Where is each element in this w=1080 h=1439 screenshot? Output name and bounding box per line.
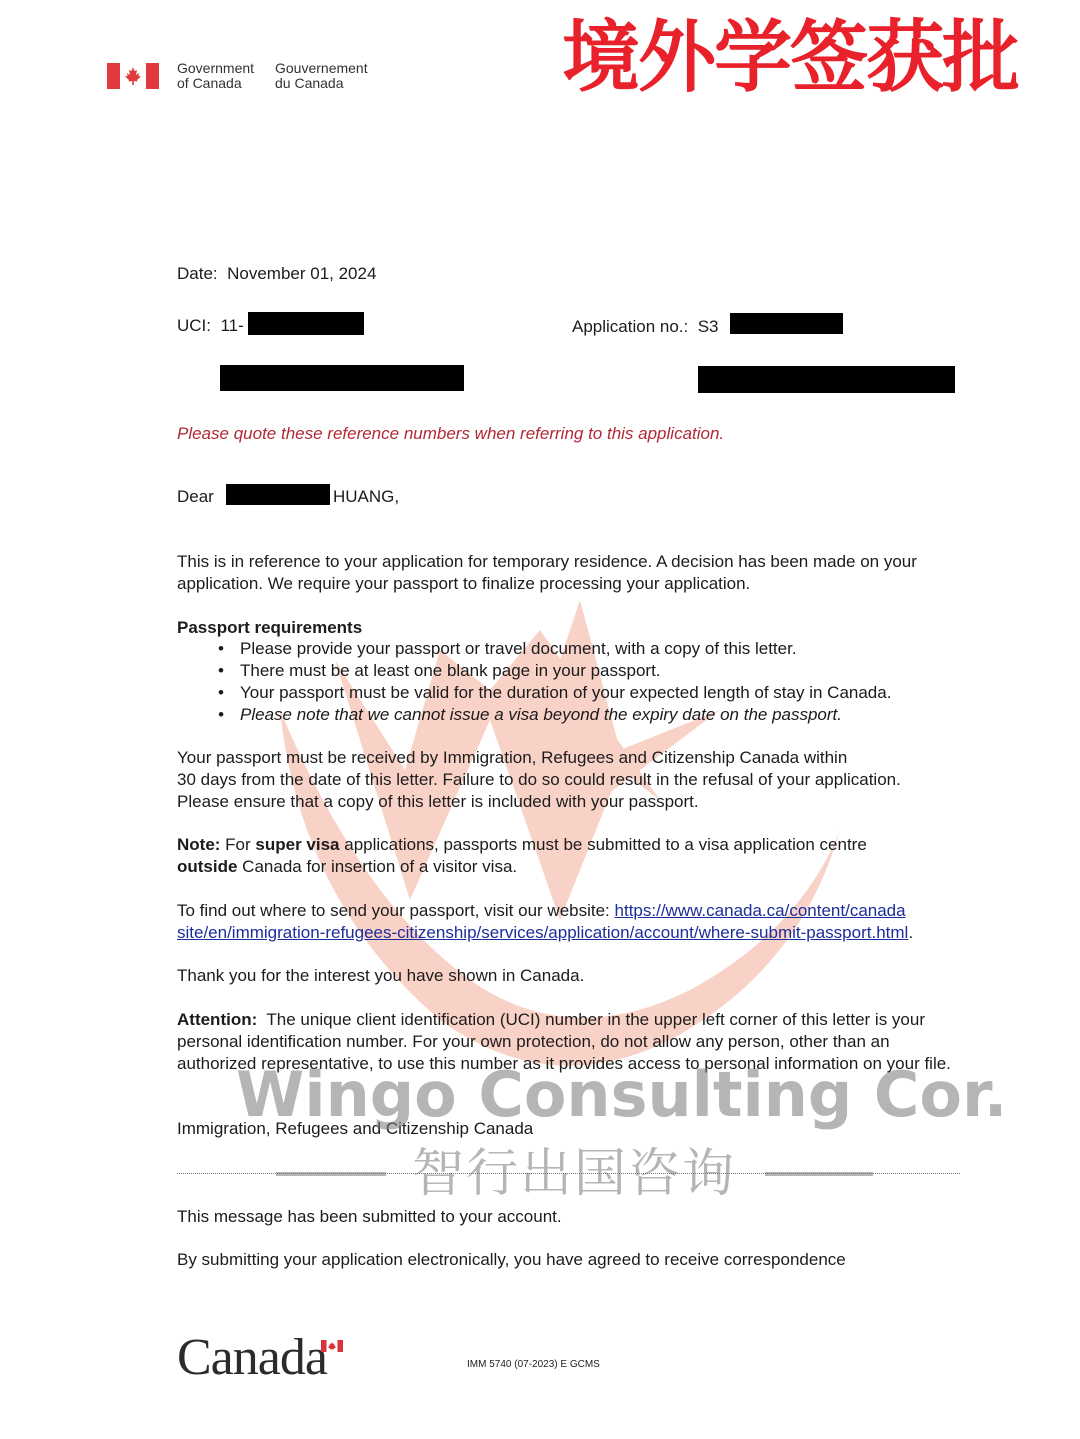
intro-paragraph: This is in reference to your application…	[177, 551, 947, 595]
deadline-line-3: Please ensure that a copy of this letter…	[177, 791, 699, 813]
government-of-canada-en: Government of Canada	[177, 61, 254, 91]
passport-submission-link[interactable]: https://www.canada.ca/content/canada	[615, 901, 906, 920]
application-number-value: S3	[698, 317, 719, 336]
uci-line: UCI: 11-	[177, 315, 244, 337]
redaction-first-name	[226, 484, 330, 505]
redaction-block-left	[220, 365, 464, 391]
government-of-canada-fr: Gouvernement du Canada	[275, 61, 368, 91]
passport-submission-link-continued[interactable]: site/en/immigration-refugees-citizenship…	[177, 923, 908, 942]
uci-value: 11-	[220, 316, 243, 335]
date-value: November 01, 2024	[227, 264, 376, 283]
super-visa-note-line-2: outside Canada for insertion of a visito…	[177, 856, 517, 878]
application-number-line: Application no.: S3	[572, 316, 719, 338]
list-item: Please note that we cannot issue a visa …	[218, 704, 891, 726]
canada-flag-icon	[107, 63, 159, 89]
salutation: Dear	[177, 486, 214, 508]
requirements-list: Please provide your passport or travel d…	[218, 638, 891, 726]
thanks-line: Thank you for the interest you have show…	[177, 965, 584, 987]
signature: Immigration, Refugees and Citizenship Ca…	[177, 1118, 533, 1140]
redaction-application-number	[730, 313, 843, 334]
submitted-note: This message has been submitted to your …	[177, 1206, 562, 1228]
website-line-1: To find out where to send your passport,…	[177, 900, 906, 922]
date-line: Date: November 01, 2024	[177, 263, 376, 285]
requirements-heading: Passport requirements	[177, 617, 362, 639]
super-visa-note-line-1: Note: For super visa applications, passp…	[177, 834, 867, 856]
deadline-line-2: 30 days from the date of this letter. Fa…	[177, 769, 901, 791]
approval-banner: 境外学签获批	[562, 12, 1018, 104]
form-code: IMM 5740 (07-2023) E GCMS	[467, 1359, 600, 1370]
watermark-company-cn: 智行出国咨询	[412, 1142, 736, 1206]
reference-quote-note: Please quote these reference numbers whe…	[177, 423, 724, 445]
list-item: Please provide your passport or travel d…	[218, 638, 891, 660]
redaction-uci	[248, 312, 364, 335]
attention-paragraph: Attention: The unique client identificat…	[177, 1009, 962, 1075]
website-line-2: site/en/immigration-refugees-citizenship…	[177, 922, 913, 944]
list-item: Your passport must be valid for the dura…	[218, 682, 891, 704]
salutation-surname: HUANG,	[333, 486, 399, 508]
canada-wordmark: Canada	[177, 1330, 327, 1386]
canada-wordmark-flag-icon	[321, 1340, 343, 1352]
dotted-divider	[177, 1173, 960, 1174]
electronic-note: By submitting your application electroni…	[177, 1249, 846, 1271]
deadline-line-1: Your passport must be received by Immigr…	[177, 747, 847, 769]
redaction-block-right	[698, 366, 955, 393]
list-item: There must be at least one blank page in…	[218, 660, 891, 682]
